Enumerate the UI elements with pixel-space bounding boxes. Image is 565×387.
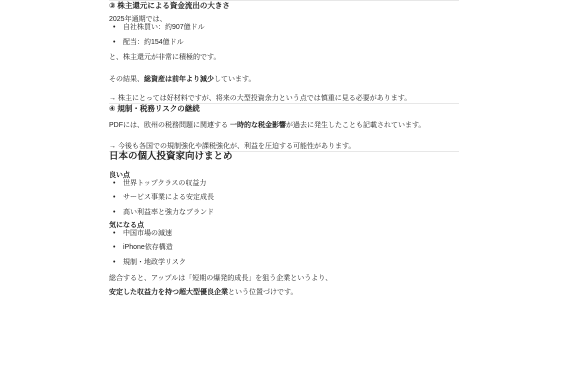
concern-points-list: 中国市場の減速 iPhone依存構造 規制・地政学リスク	[109, 230, 459, 267]
conclusion-line1-text: 総合すると、アップルは「短期の爆発的成長」を狙う企業というより、	[109, 275, 459, 283]
summary-heading: 日本の個人投資家向けまとめ	[109, 152, 459, 162]
list-item: 自社株買い：約907億ドル	[109, 24, 459, 32]
list-item: 高い利益率と強力なブランド	[109, 209, 459, 217]
list-item: サービス事業による安定成長	[109, 194, 459, 202]
shareholder-note-text: と、株主還元が非常に積極的です。	[109, 54, 459, 62]
shareholder-bullet-list: 自社株買い：約907億ドル 配当：約154億ドル	[109, 24, 459, 47]
shareholder-result-text: その結果、総資産は前年より減少しています。	[109, 76, 459, 84]
regulation-post-text: が過去に発生したことも記載されています。	[286, 122, 425, 129]
regulation-takeaway-text: → 今後も各国での規制強化や課税強化が、利益を圧迫する可能性があります。	[109, 143, 459, 151]
regulation-bold-text: 一時的な税金影響	[230, 122, 286, 129]
result-post-text: しています。	[214, 76, 255, 83]
good-points-list: 世界トップクラスの収益力 サービス事業による安定成長 高い利益率と強力なブランド	[109, 180, 459, 217]
list-item: 中国市場の減速	[109, 230, 459, 238]
regulation-pre-text: PDFには、欧州の税務問題に関連する	[109, 122, 230, 129]
shareholder-takeaway-text: → 株主にとっては好材料ですが、将来の大型投資余力という点では慎重に見る必要があ…	[109, 95, 459, 103]
result-bold-text: 総資産は前年より減少	[144, 76, 214, 83]
concern-points-label: 気になる点	[109, 222, 459, 230]
conclusion-post-text: という位置づけです。	[228, 289, 297, 296]
list-item: 規制・地政学リスク	[109, 259, 459, 267]
document-body: ③ 株主還元による資金流出の大きさ 2025年通期では、 自社株買い：約907億…	[109, 0, 459, 297]
good-points-label: 良い点	[109, 172, 459, 180]
conclusion-bold-text: 安定した収益力を持つ超大型優良企業	[109, 289, 228, 296]
section-3-heading: ③ 株主還元による資金流出の大きさ	[109, 1, 459, 10]
list-item: 配当：約154億ドル	[109, 39, 459, 47]
result-pre-text: その結果、	[109, 76, 144, 83]
shareholder-intro-text: 2025年通期では、	[109, 16, 459, 24]
list-item: 世界トップクラスの収益力	[109, 180, 459, 188]
section-4-heading: ④ 規制・税務リスクの継続	[109, 104, 459, 113]
page: { "colors": { "background": "#ffffff", "…	[0, 0, 565, 387]
regulation-body-text: PDFには、欧州の税務問題に関連する 一時的な税金影響が過去に発生したことも記載…	[109, 122, 459, 130]
conclusion-line2-text: 安定した収益力を持つ超大型優良企業という位置づけです。	[109, 289, 459, 297]
list-item: iPhone依存構造	[109, 244, 459, 252]
